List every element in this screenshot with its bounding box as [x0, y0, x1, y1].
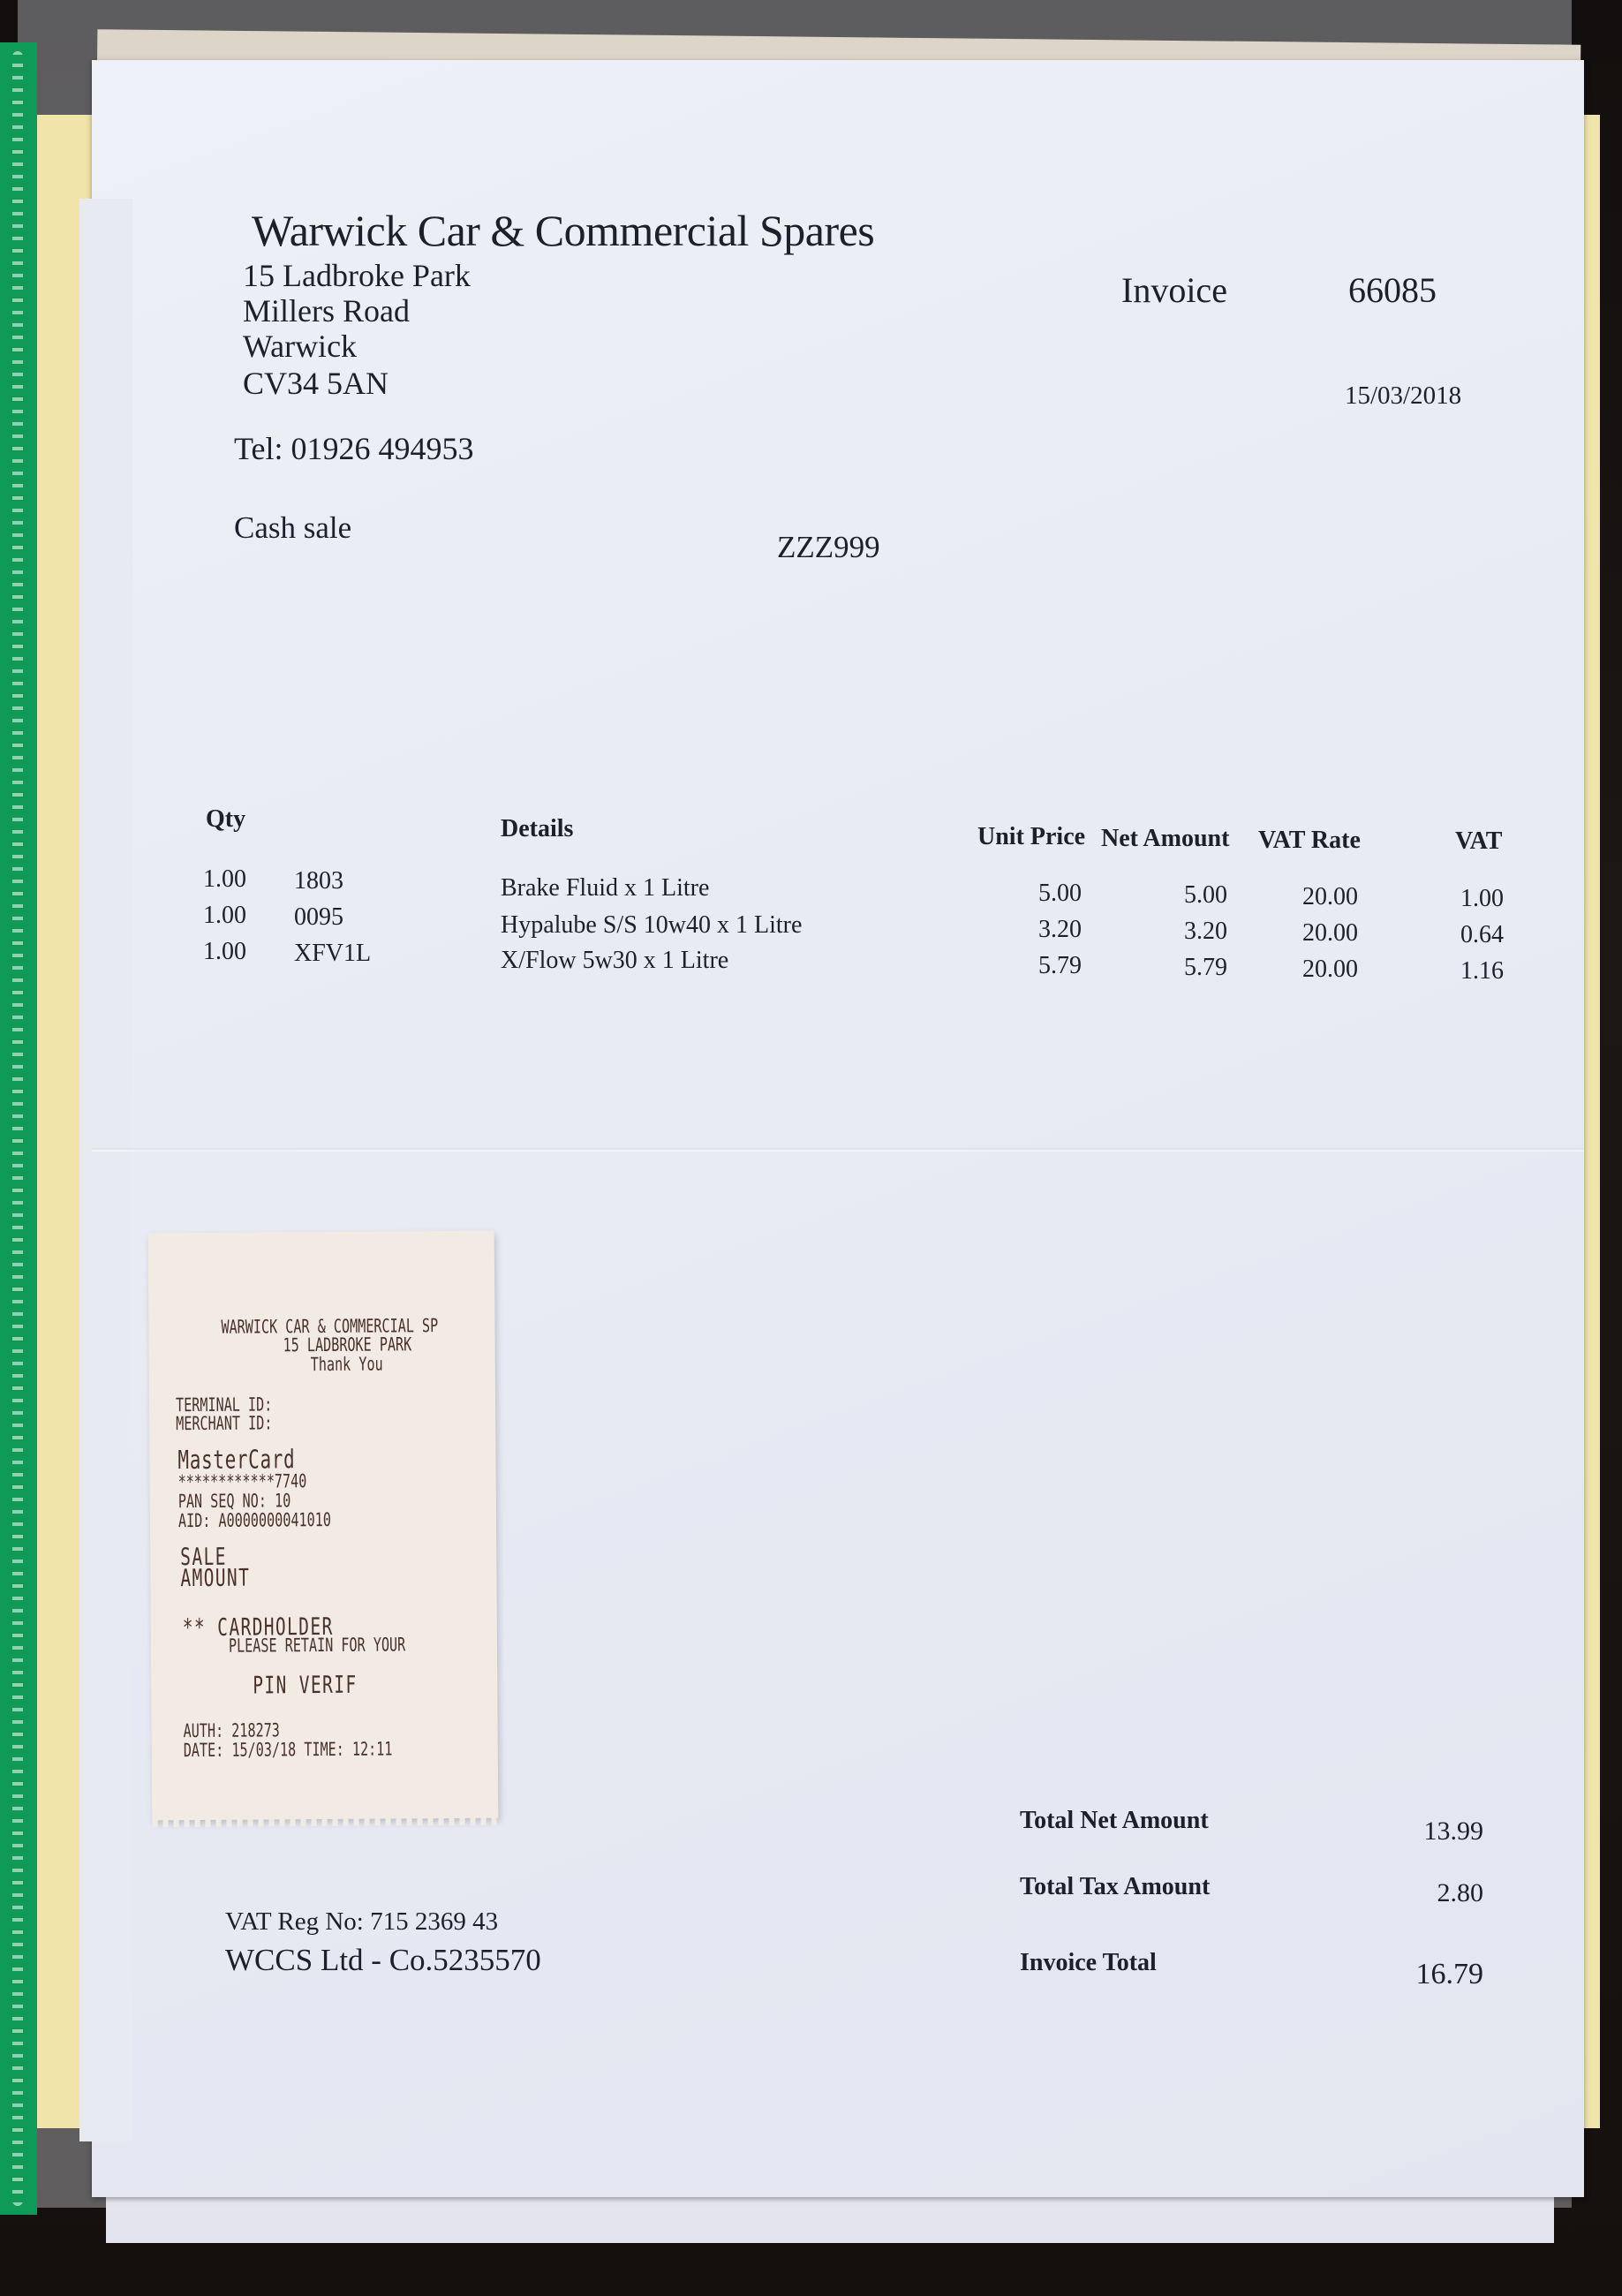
address-line-1: 15 Ladbroke Park: [243, 258, 471, 293]
row-details: Hypalube S/S 10w40 x 1 Litre: [501, 911, 802, 940]
address-line-3: Warwick: [243, 329, 357, 364]
total-tax-value: 2.80: [1307, 1878, 1483, 1908]
paper-fold-line: [92, 1148, 1584, 1152]
row-details: Brake Fluid x 1 Litre: [501, 874, 709, 903]
row-qty: 1.00: [203, 938, 246, 966]
header-unit-price: Unit Price: [977, 823, 1085, 851]
customer-reference: ZZZ999: [777, 530, 880, 565]
invoice-date: 15/03/2018: [1345, 381, 1461, 411]
total-tax-label: Total Tax Amount: [1020, 1873, 1210, 1901]
total-net-value: 13.99: [1307, 1816, 1483, 1847]
row-code: XFV1L: [294, 940, 371, 968]
vat-registration: VAT Reg No: 715 2369 43: [225, 1907, 498, 1937]
row-code: 1803: [294, 867, 343, 895]
receipt-address: 15 LADBROKE PARK: [283, 1333, 411, 1356]
header-vat-rate: VAT Rate: [1258, 827, 1361, 855]
company-name: Warwick Car & Commercial Spares: [252, 205, 874, 256]
row-vat-rate: 20.00: [1270, 955, 1358, 984]
row-unit-price: 5.79: [993, 952, 1082, 980]
green-folder-spine: [0, 42, 37, 2215]
card-receipt: WARWICK CAR & COMMERCIAL SP 15 LADBROKE …: [148, 1231, 499, 1821]
invoice-label: Invoice: [1121, 269, 1227, 311]
row-net-amount: 3.20: [1139, 918, 1227, 946]
row-vat-rate: 20.00: [1270, 883, 1358, 911]
row-vat-rate: 20.00: [1270, 919, 1358, 948]
receipt-amount: AMOUNT: [180, 1565, 250, 1593]
row-unit-price: 3.20: [993, 916, 1082, 944]
row-details: X/Flow 5w30 x 1 Litre: [501, 947, 728, 975]
company-registration: WCCS Ltd - Co.5235570: [225, 1943, 541, 1978]
receipt-datetime: DATE: 15/03/18 TIME: 12:11: [184, 1738, 393, 1761]
header-net-amount: Net Amount: [1101, 825, 1229, 853]
row-qty: 1.00: [203, 865, 246, 894]
row-vat: 1.16: [1415, 957, 1504, 986]
paper-edge: [79, 199, 132, 2141]
row-qty: 1.00: [203, 902, 246, 930]
receipt-auth: AUTH: 218273: [184, 1719, 280, 1741]
header-vat: VAT: [1455, 827, 1502, 856]
row-net-amount: 5.79: [1139, 954, 1227, 982]
receipt-aid: AID: A0000000041010: [178, 1509, 331, 1531]
receipt-merchant-id: MERCHANT ID:: [176, 1412, 272, 1434]
row-vat: 0.64: [1415, 921, 1504, 949]
row-unit-price: 5.00: [993, 880, 1082, 908]
invoice-total-value: 16.79: [1307, 1958, 1483, 1991]
row-code: 0095: [294, 903, 343, 932]
header-details: Details: [501, 815, 573, 843]
address-line-2: Millers Road: [243, 293, 410, 329]
address-postcode: CV34 5AN: [243, 366, 389, 401]
invoice-total-label: Invoice Total: [1020, 1949, 1157, 1977]
receipt-retain: PLEASE RETAIN FOR YOUR: [229, 1634, 405, 1656]
total-net-label: Total Net Amount: [1020, 1807, 1209, 1835]
row-vat: 1.00: [1415, 885, 1504, 913]
company-telephone: Tel: 01926 494953: [234, 430, 473, 467]
receipt-pin-verified: PIN VERIF: [253, 1672, 358, 1700]
header-qty: Qty: [206, 805, 245, 834]
invoice-number: 66085: [1348, 269, 1437, 311]
receipt-thanks: Thank You: [311, 1354, 383, 1376]
row-net-amount: 5.00: [1139, 881, 1227, 910]
customer-type: Cash sale: [234, 510, 351, 546]
